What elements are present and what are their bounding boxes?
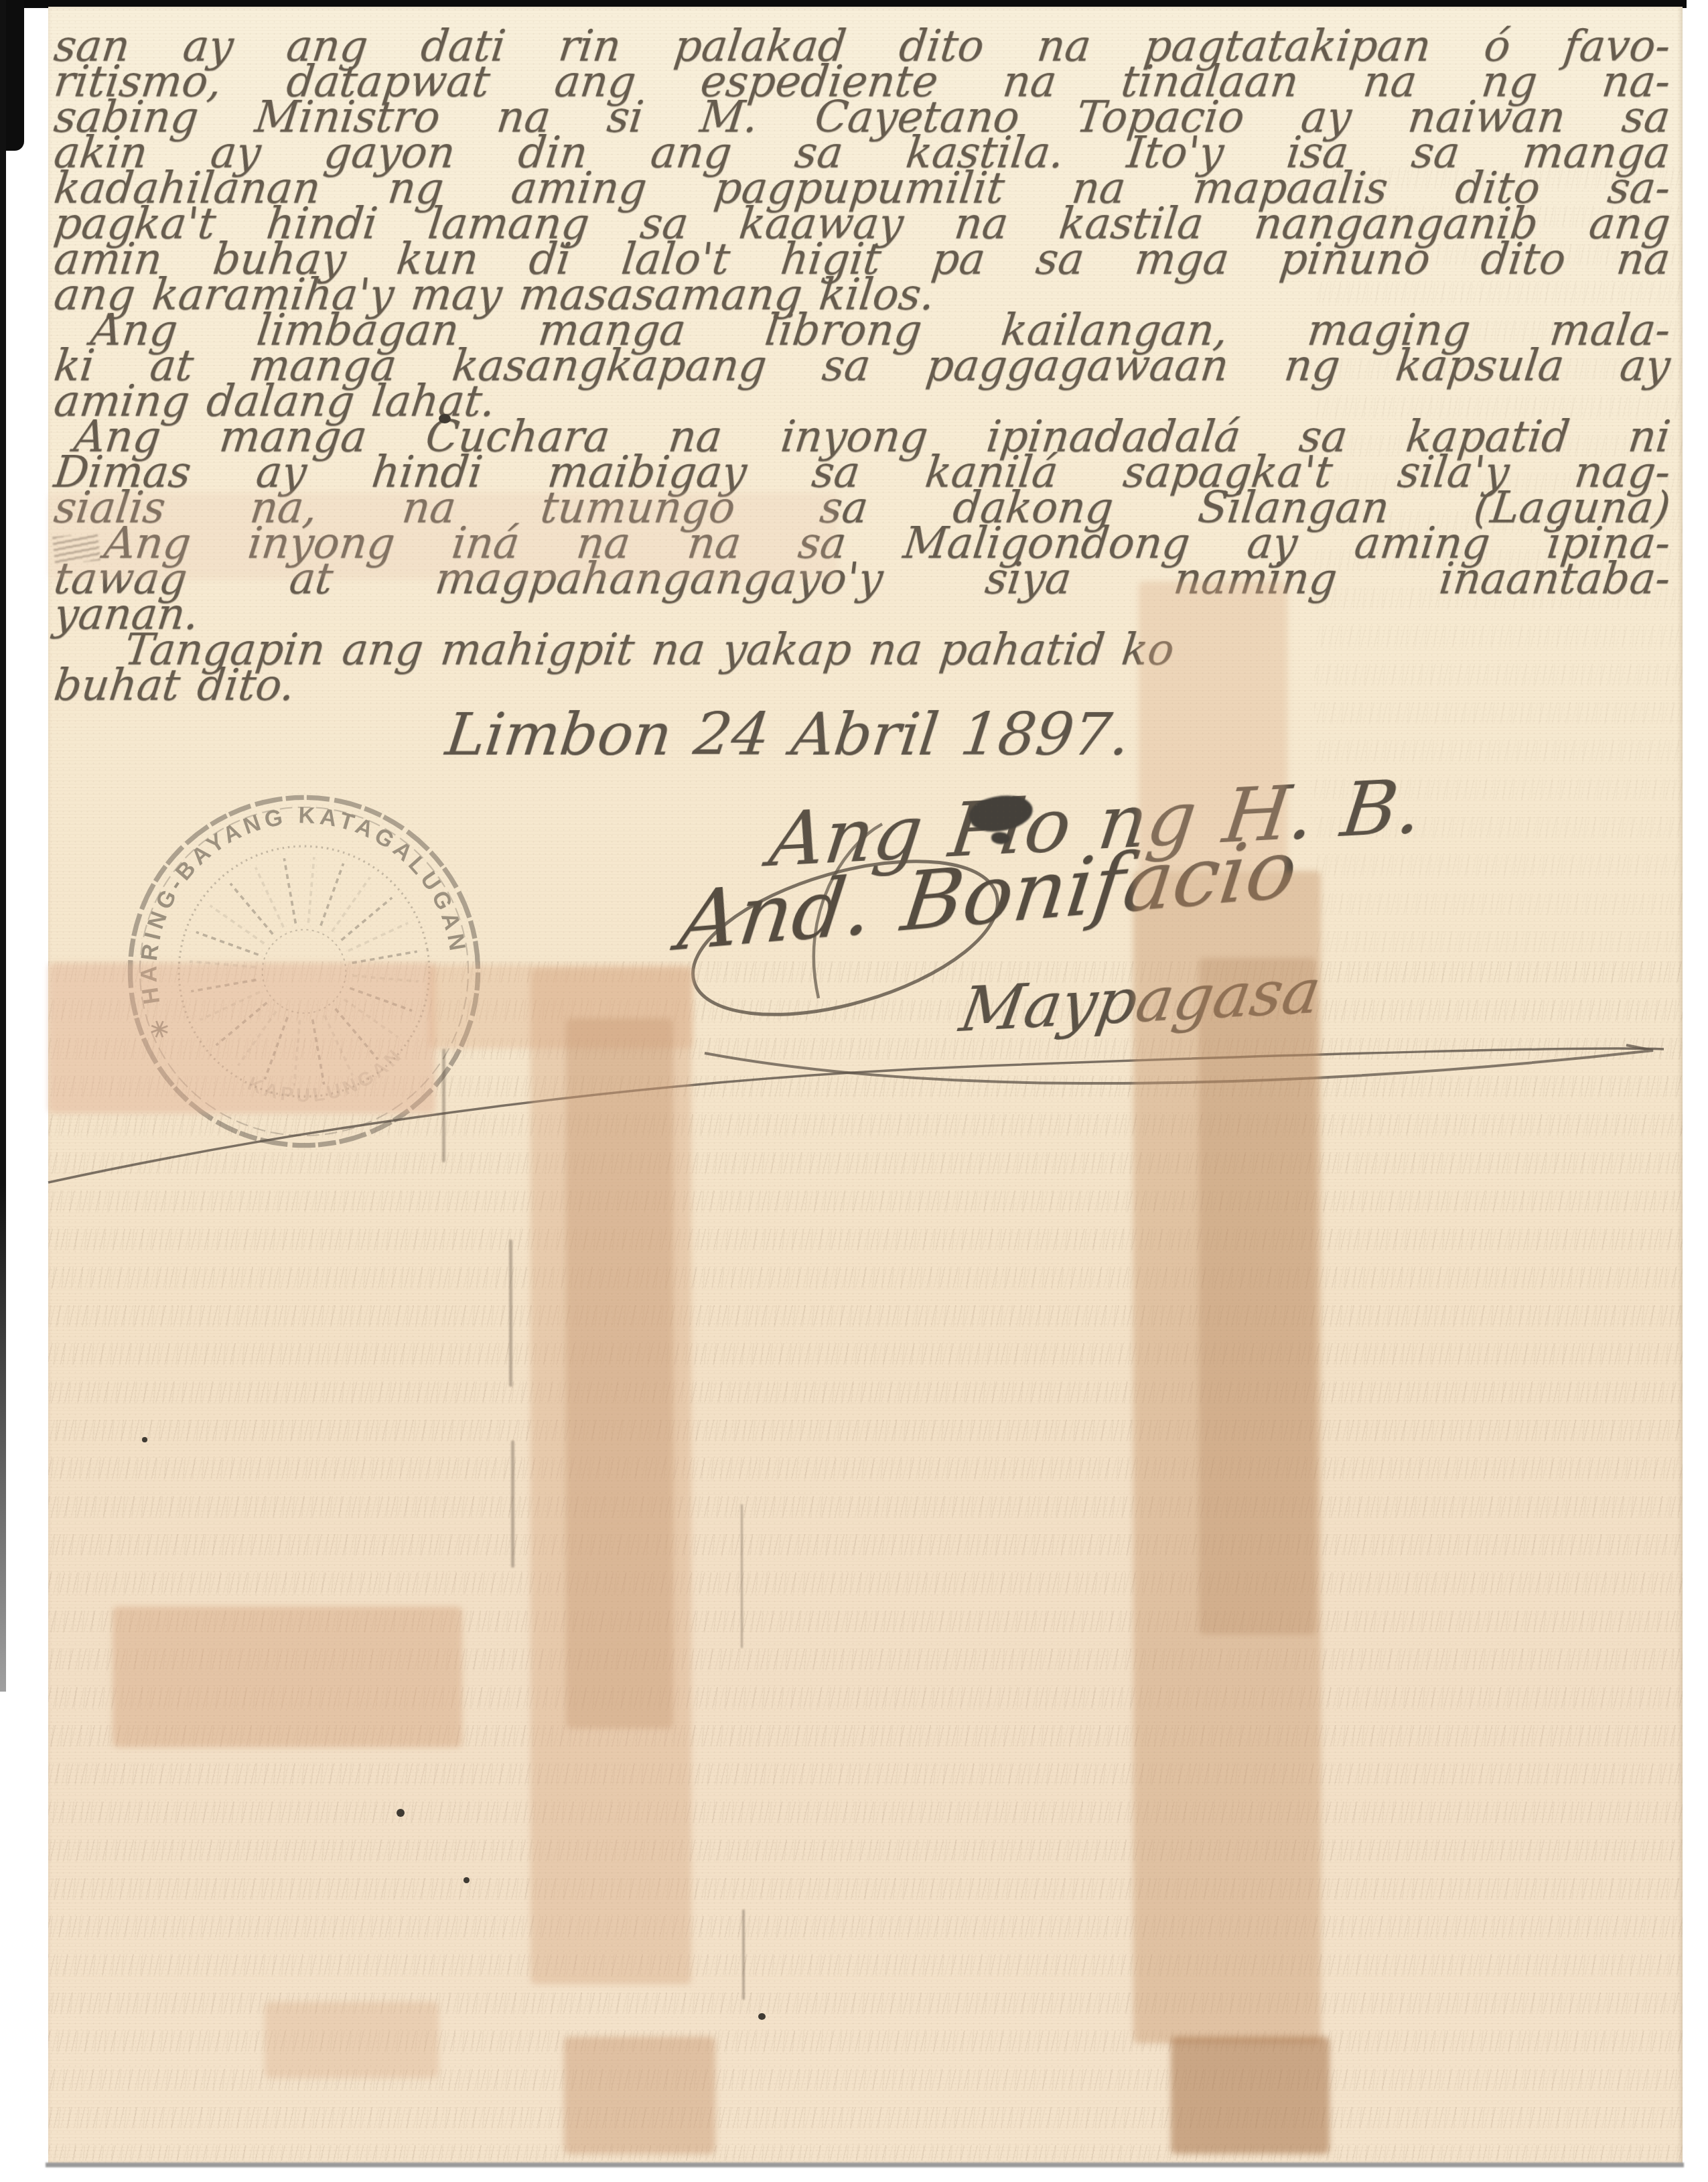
letter-line: san ay ang dati rin palakad dito na pagt… xyxy=(52,25,1673,68)
paper: san ay ang dati rin palakad dito na pagt… xyxy=(48,7,1683,2165)
tape-stain xyxy=(429,965,693,1048)
pen-mark xyxy=(511,1440,514,1568)
crease-mark xyxy=(741,1504,743,1648)
tape-stain xyxy=(566,1018,673,1728)
seal-ring xyxy=(114,781,494,1162)
seal-arc-text: ✳ HARING-BAYANG KATAGALUGAN xyxy=(110,776,477,1043)
bleed-through-texture xyxy=(1314,167,1683,965)
letter-line: ang karamiha'y may masasamang kilos. xyxy=(52,274,1673,317)
signature-alias: Maypagasa xyxy=(956,961,1324,1041)
signature-loop xyxy=(676,831,1015,1044)
signature-underline xyxy=(705,1045,1653,1083)
letter-line: Tangapin ang mahigpit na yakap na pahati… xyxy=(122,629,1668,672)
signature-name: And. Bonifacio xyxy=(674,828,1301,963)
letter-line: pagka't hindi lamang sa kaaway na kastil… xyxy=(52,203,1673,246)
signature-stroke xyxy=(814,824,882,998)
svg-text:KAPULUNGAN: KAPULUNGAN xyxy=(240,1042,413,1119)
signature-rubric-line xyxy=(48,1048,1664,1182)
strikethrough-scribble xyxy=(52,533,100,565)
katipunan-seal: ✳ HARING-BAYANG KATAGALUGAN KAPULUNGAN xyxy=(94,762,514,1181)
tape-stain xyxy=(113,1607,462,1747)
letter-line: kadahilanan ng aming pagpupumilit na map… xyxy=(52,167,1673,210)
ink-speck xyxy=(758,2013,766,2020)
letter-line: Ang inyong iná na na sa Maligondong ay a… xyxy=(102,523,1673,565)
scan-border-left xyxy=(0,0,6,1692)
crease-mark xyxy=(742,1909,745,2000)
tape-stain xyxy=(564,2037,715,2154)
letter-line: sialis na, na tumungo sa dakong Silangan… xyxy=(52,487,1673,530)
letter-line: sabing Ministro na si M. Cayetano Topaci… xyxy=(52,96,1673,139)
ink-speck xyxy=(397,1809,405,1817)
seal-sun-rays xyxy=(171,839,437,1105)
tape-stain xyxy=(48,492,837,579)
signature-flourish xyxy=(48,744,1683,1226)
letter-line: amin buhay kun di lalo't higit pa sa mga… xyxy=(52,238,1673,281)
scanned-letter-page: { "letter": { "lines": [ "san ay ang dat… xyxy=(0,0,1708,2182)
tape-stain xyxy=(48,963,435,1113)
letter-line: buhat dito. xyxy=(52,665,1673,707)
ink-blot xyxy=(991,832,1010,844)
tape-stain xyxy=(1139,582,1287,871)
letter-line: aming dalang lahat. xyxy=(52,381,1673,423)
ink-blot xyxy=(967,790,1036,837)
ink-speck xyxy=(464,1877,470,1883)
pen-mark xyxy=(509,1239,512,1387)
ink-speck xyxy=(439,414,451,423)
tape-stain xyxy=(1133,871,1321,2043)
seal-beaded-ring xyxy=(159,826,449,1116)
svg-text:✳ HARING-BAYANG KATAGALUGAN: ✳ HARING-BAYANG KATAGALUGAN xyxy=(110,776,477,1043)
signoff-line: Ang Plo ng H. B. xyxy=(766,769,1426,878)
letter-line: Ang limbagan manga librong kailangan, ma… xyxy=(88,310,1673,352)
letter-line: akin ay gayon din ang sa kastila. Ito'y … xyxy=(52,132,1673,175)
letter-line: ki at manga kasangkapang sa paggagawaan … xyxy=(52,345,1673,388)
seal-center-circle xyxy=(256,923,352,1020)
letter-line: tawag at magpahangangayo'y siya naming i… xyxy=(52,558,1673,601)
tape-stain xyxy=(530,968,691,1984)
letter-line: ritismo, datapwat ang espediente na tina… xyxy=(52,61,1673,104)
date-line: Limbon 24 Abril 1897. xyxy=(443,705,1133,764)
tape-stain xyxy=(1199,958,1316,1635)
tape-stain xyxy=(1171,2037,1330,2154)
tape-stain xyxy=(265,2002,439,2078)
letter-line: Dimas ay hindi maibigay sa kanilá sapagk… xyxy=(52,452,1673,494)
letter-line: yanan. xyxy=(52,594,1673,636)
letter-line: Ang manga Cuchara na inyong ipinadadalá … xyxy=(72,416,1673,459)
pen-mark xyxy=(442,1048,445,1162)
ink-speck xyxy=(142,1437,147,1442)
scan-border-bottom xyxy=(46,2163,1684,2167)
seal-outer-ring xyxy=(102,770,506,1173)
seal-bottom-text: KAPULUNGAN xyxy=(240,1042,413,1119)
bleed-through-texture xyxy=(48,961,1683,2161)
